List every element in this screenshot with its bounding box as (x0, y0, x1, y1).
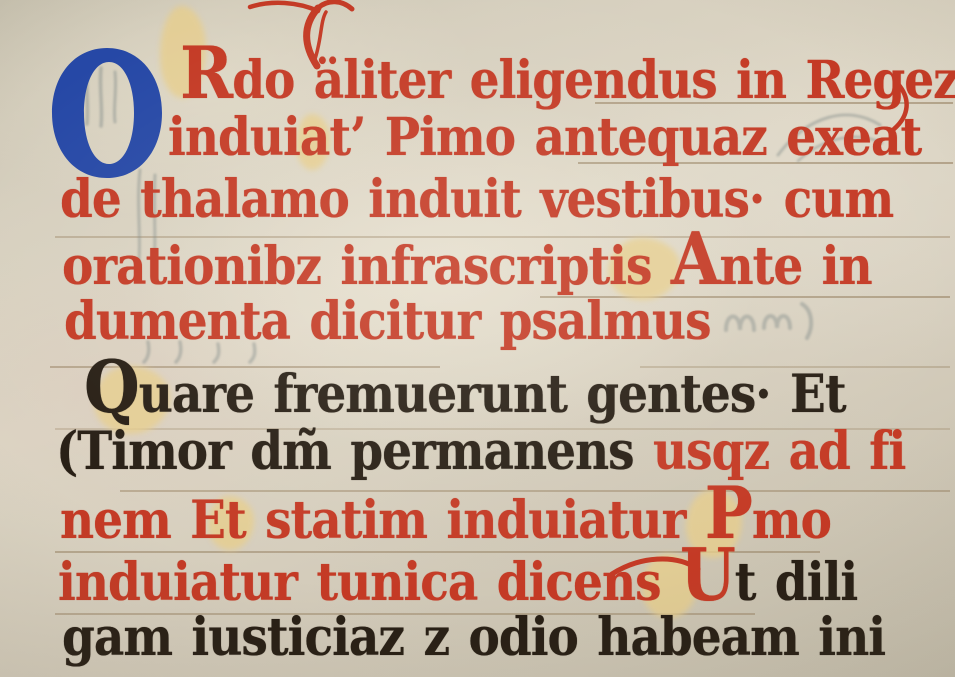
show-through-mark (720, 288, 842, 350)
text-segment: R (180, 32, 232, 116)
text-segment: de thalamo induit vestibus· cum (60, 169, 893, 231)
text-segment: (Timor dm̃ permanens (56, 421, 653, 483)
text-segment: Q (84, 346, 139, 430)
manuscript-photo: O Rdo äliter eligendus in Regezinduiat’ … (0, 0, 955, 677)
text-segment: t dili (735, 552, 858, 614)
text-segment: uare fremuerunt gentes· Et (139, 364, 846, 426)
text-line: Quare fremuerunt gentes· Et (84, 358, 846, 425)
text-segment: induiatur tunica dicens (58, 552, 680, 614)
text-segment: gam iusticiaz z odio habeam ini (62, 607, 885, 669)
text-segment: dumenta dicitur psalmus (64, 291, 711, 353)
text-segment: A (671, 218, 720, 302)
text-line: Rdo äliter eligendus in Regez (180, 44, 955, 111)
text-segment: do äliter eligendus in Regez (232, 50, 955, 112)
text-segment: nem Et statim induiatur (60, 490, 705, 552)
text-line: gam iusticiaz z odio habeam ini (62, 608, 885, 668)
text-segment: mo (752, 490, 831, 552)
text-line: induiatur tunica dicens Ut dili (58, 546, 857, 613)
illuminated-initial-o: O (48, 46, 166, 185)
text-line: de thalamo induit vestibus· cum (60, 170, 893, 230)
text-segment: usqz ad fi (653, 421, 905, 483)
text-line: orationibz infrascriptis Ante in (62, 230, 872, 297)
text-line: induiat’ Pimo antequaz exeat (168, 108, 921, 168)
text-segment: U (680, 534, 735, 618)
text-line: (Timor dm̃ permanens usqz ad fi (56, 422, 905, 482)
text-segment: nte in (719, 236, 871, 298)
text-segment: orationibz infrascriptis (62, 236, 671, 298)
text-segment: induiat’ Pimo antequaz exeat (168, 107, 921, 169)
text-line: dumenta dicitur psalmus (64, 292, 711, 352)
